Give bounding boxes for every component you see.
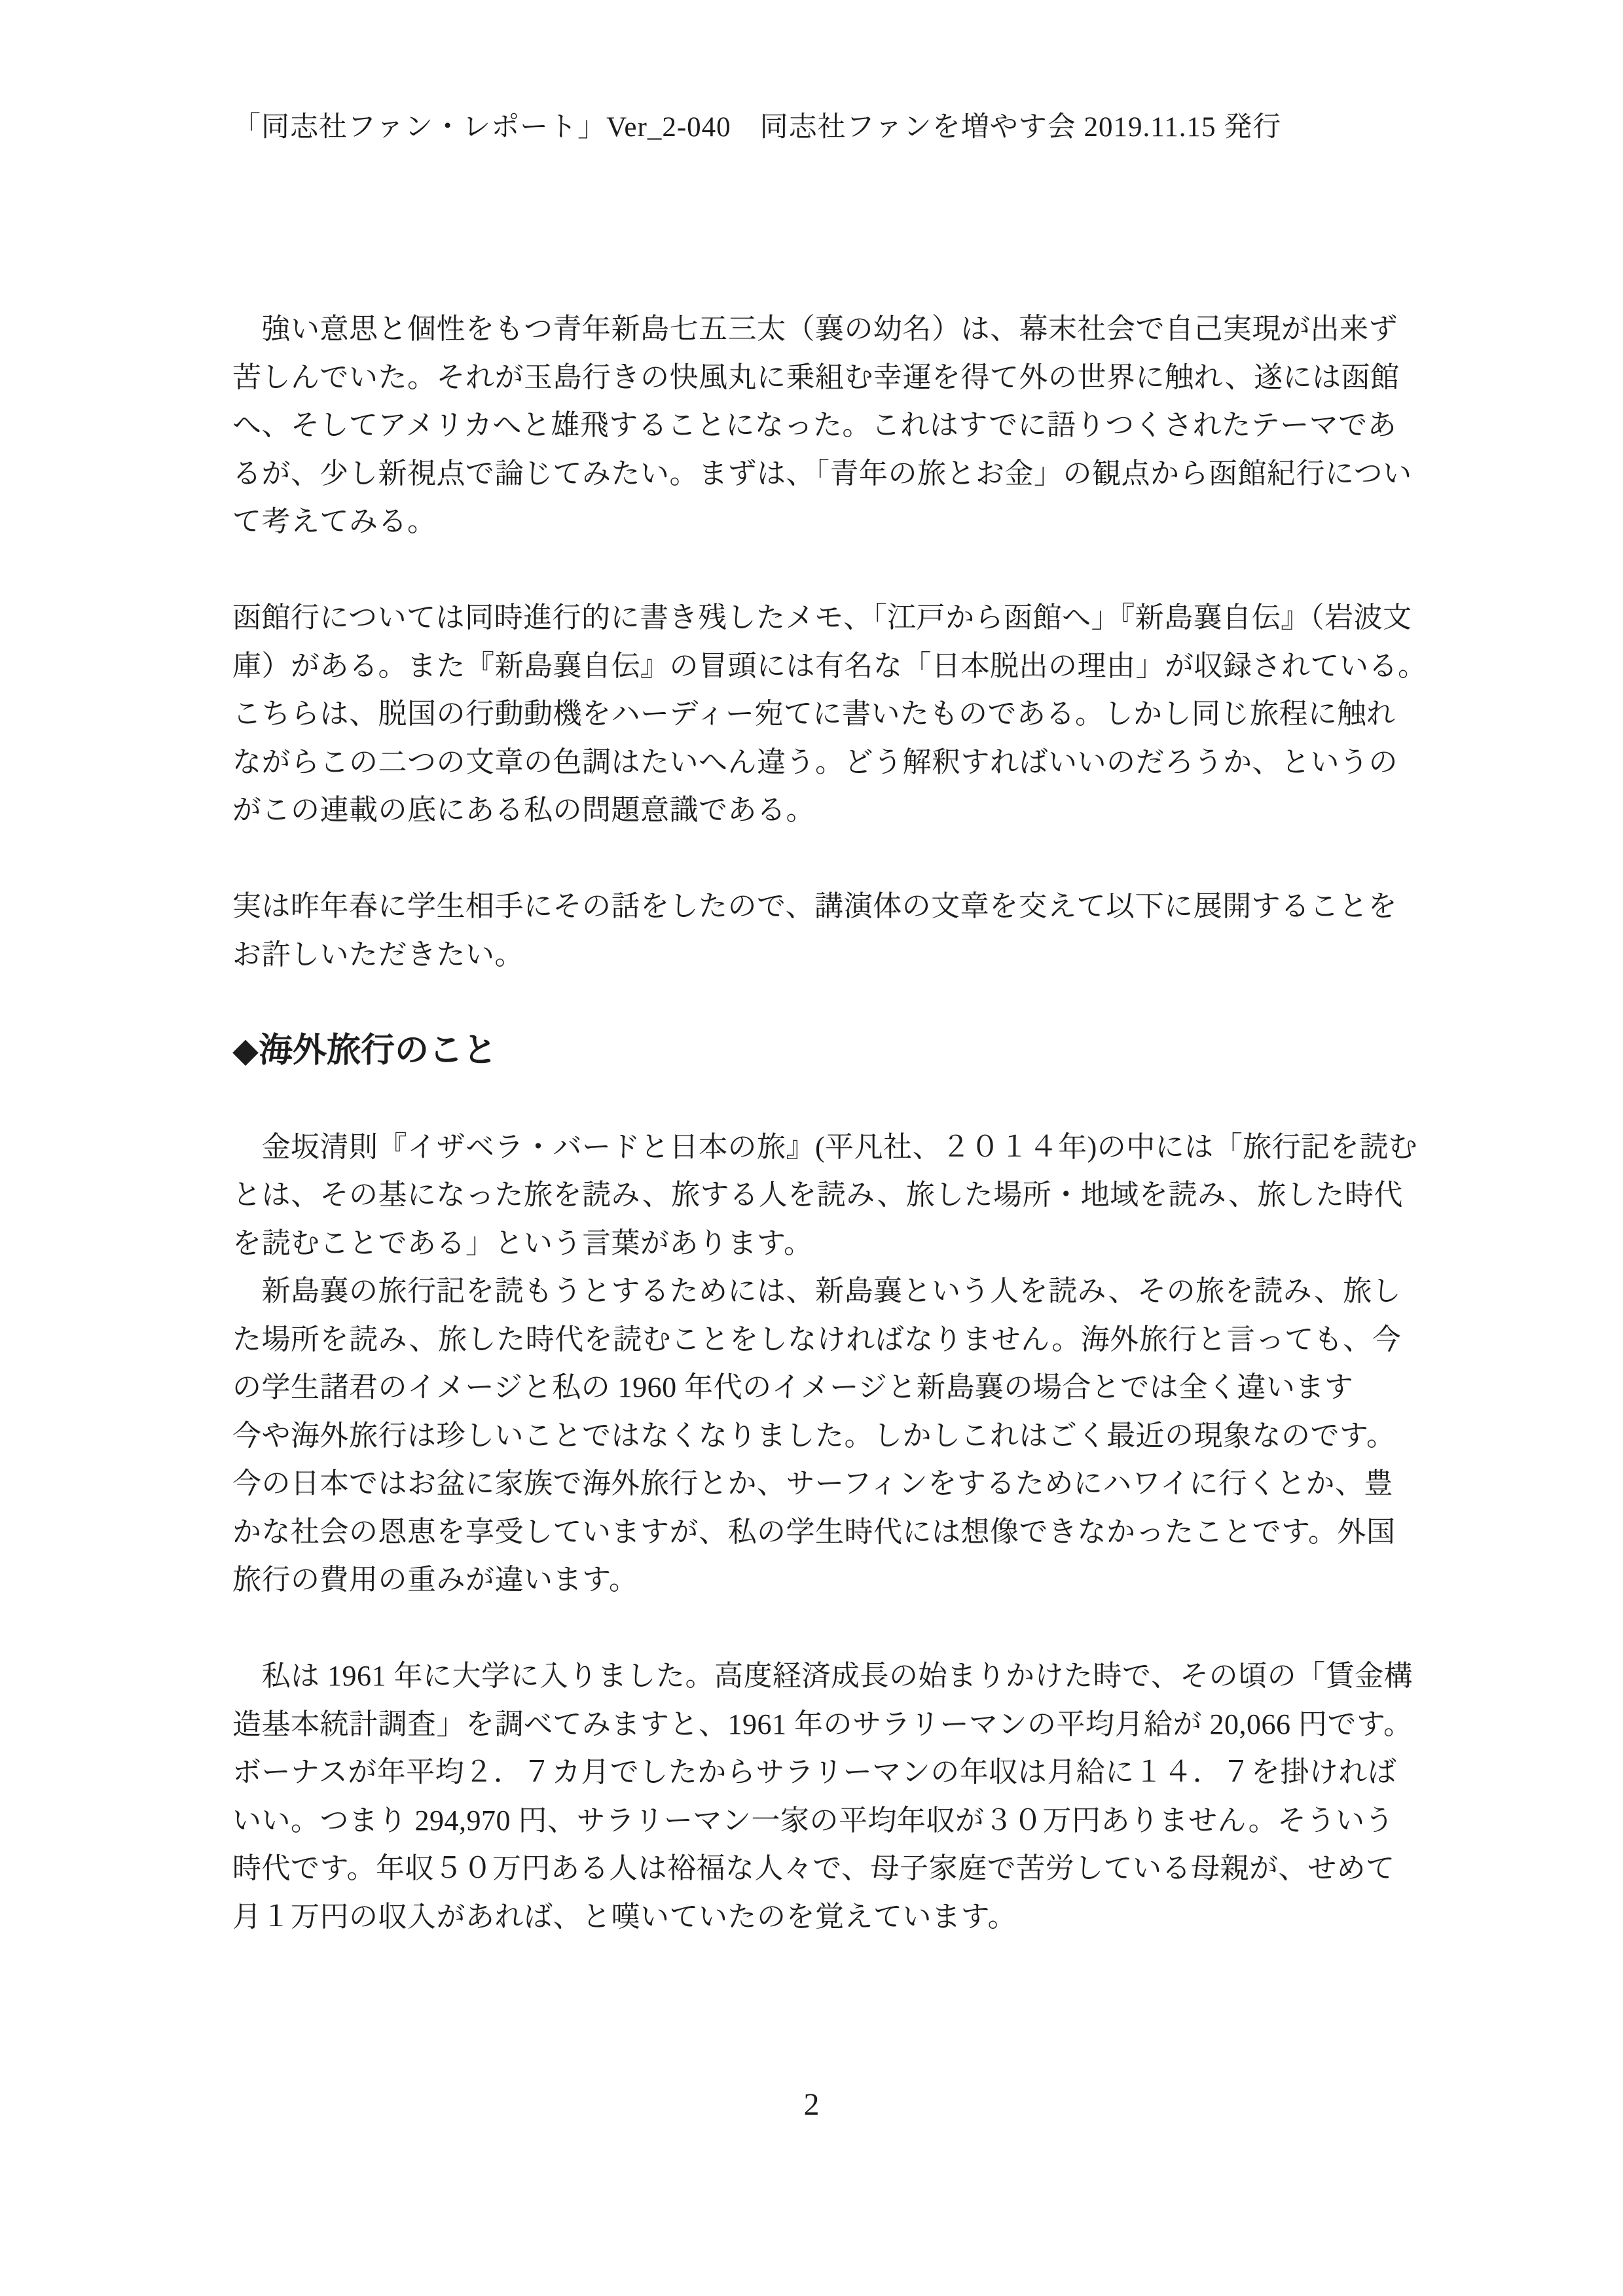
text-line: 今や海外旅行は珍しいことではなくなりました。しかしこれはごく最近の現象なのです。	[232, 1412, 1411, 1460]
text-line: た場所を読み、旅した時代を読むことをしなければなりません。海外旅行と言っても、今	[232, 1316, 1411, 1364]
paragraph-gap	[232, 1604, 1411, 1653]
paragraph-gap	[232, 1075, 1411, 1123]
text-line: 強い意思と個性をもつ青年新島七五三太（襄の幼名）は、幕末社会で自己実現が出来ず	[232, 305, 1411, 353]
text-line: がこの連載の底にある私の問題意識である。	[232, 786, 1411, 834]
text-line: 実は昨年春に学生相手にその話をしたので、講演体の文章を交えて以下に展開することを	[232, 882, 1411, 931]
text-line: 月１万円の収入があれば、と嘆いていたのを覚えています。	[232, 1893, 1411, 1941]
paragraph-kanasaka-quote: 金坂清則『イザベラ・バードと日本の旅』(平凡社、２０１４年)の中には「旅行記を読…	[232, 1123, 1411, 1268]
paragraph-lecture-note: 実は昨年春に学生相手にその話をしたので、講演体の文章を交えて以下に展開することを…	[232, 882, 1411, 978]
document-body: 強い意思と個性をもつ青年新島七五三太（襄の幼名）は、幕末社会で自己実現が出来ず苦…	[232, 305, 1411, 1941]
text-line: 苦しんでいた。それが玉島行きの快風丸に乗組む幸運を得て外の世界に触れ、遂には函館	[232, 353, 1411, 402]
text-line: ながらこの二つの文章の色調はたいへん違う。どう解釈すればいいのだろうか、というの	[232, 738, 1411, 787]
paragraph-travel-reading: 新島襄の旅行記を読もうとするためには、新島襄という人を読み、その旅を読み、旅した…	[232, 1267, 1411, 1604]
text-line: 今の日本ではお盆に家族で海外旅行とか、サーフィンをするためにハワイに行くとか、豊	[232, 1460, 1411, 1508]
text-line: の学生諸君のイメージと私の 1960 年代のイメージと新島襄の場合とでは全く違い…	[232, 1363, 1411, 1412]
paragraph-economy-1961: 私は 1961 年に大学に入りました。高度経済成長の始まりかけた時で、その頃の「…	[232, 1652, 1411, 1941]
text-line: ボーナスが年平均２．７カ月でしたからサラリーマンの年収は月給に１４．７を掛ければ	[232, 1748, 1411, 1797]
text-line: 旅行の費用の重みが違います。	[232, 1556, 1411, 1604]
text-line: いい。つまり 294,970 円、サラリーマン一家の平均年収が３０万円ありません…	[232, 1797, 1411, 1845]
text-line: 庫）がある。また『新島襄自伝』の冒頭には有名な「日本脱出の理由」が収録されている…	[232, 642, 1411, 691]
paragraph-gap	[232, 546, 1411, 594]
text-line: とは、その基になった旅を読み、旅する人を読み、旅した場所・地域を読み、旅した時代	[232, 1171, 1411, 1219]
text-line: こちらは、脱国の行動動機をハーディー宛てに書いたものである。しかし同じ旅程に触れ	[232, 690, 1411, 738]
document-page: 「同志社ファン・レポート」Ver_2-040 同志社ファンを増やす会 2019.…	[0, 0, 1623, 2296]
text-line: るが、少し新視点で論じてみたい。まずは、「青年の旅とお金」の観点から函館紀行につ…	[232, 450, 1411, 498]
paragraph-memo-sources: 函館行については同時進行的に書き残したメモ、「江戸から函館へ」『新島襄自伝』（岩…	[232, 594, 1411, 834]
paragraph-gap	[232, 834, 1411, 883]
text-line: 函館行については同時進行的に書き残したメモ、「江戸から函館へ」『新島襄自伝』（岩…	[232, 594, 1411, 642]
text-line: を読むことである」という言葉があります。	[232, 1219, 1411, 1268]
text-line: 金坂清則『イザベラ・バードと日本の旅』(平凡社、２０１４年)の中には「旅行記を読…	[232, 1123, 1411, 1172]
paragraph-intro: 強い意思と個性をもつ青年新島七五三太（襄の幼名）は、幕末社会で自己実現が出来ず苦…	[232, 305, 1411, 546]
text-line: 新島襄の旅行記を読もうとするためには、新島襄という人を読み、その旅を読み、旅し	[232, 1267, 1411, 1316]
text-line: かな社会の恩恵を享受していますが、私の学生時代には想像できなかったことです。外国	[232, 1508, 1411, 1556]
text-line: て考えてみる。	[232, 497, 1411, 546]
page-number: 2	[0, 2085, 1623, 2125]
text-line: 時代です。年収５０万円ある人は裕福な人々で、母子家庭で苦労している母親が、せめて	[232, 1844, 1411, 1893]
text-line: へ、そしてアメリカへと雄飛することになった。これはすでに語りつくされたテーマであ	[232, 401, 1411, 450]
text-line: 造基本統計調査」を調べてみますと、1961 年のサラリーマンの平均月給が 20,…	[232, 1700, 1411, 1749]
paragraph-gap	[232, 978, 1411, 1027]
section-heading-overseas-travel: ◆海外旅行のこと	[232, 1027, 1411, 1075]
text-line: 私は 1961 年に大学に入りました。高度経済成長の始まりかけた時で、その頃の「…	[232, 1652, 1411, 1700]
text-line: お許しいただきたい。	[232, 931, 1411, 979]
running-header: 「同志社ファン・レポート」Ver_2-040 同志社ファンを増やす会 2019.…	[232, 108, 1281, 147]
